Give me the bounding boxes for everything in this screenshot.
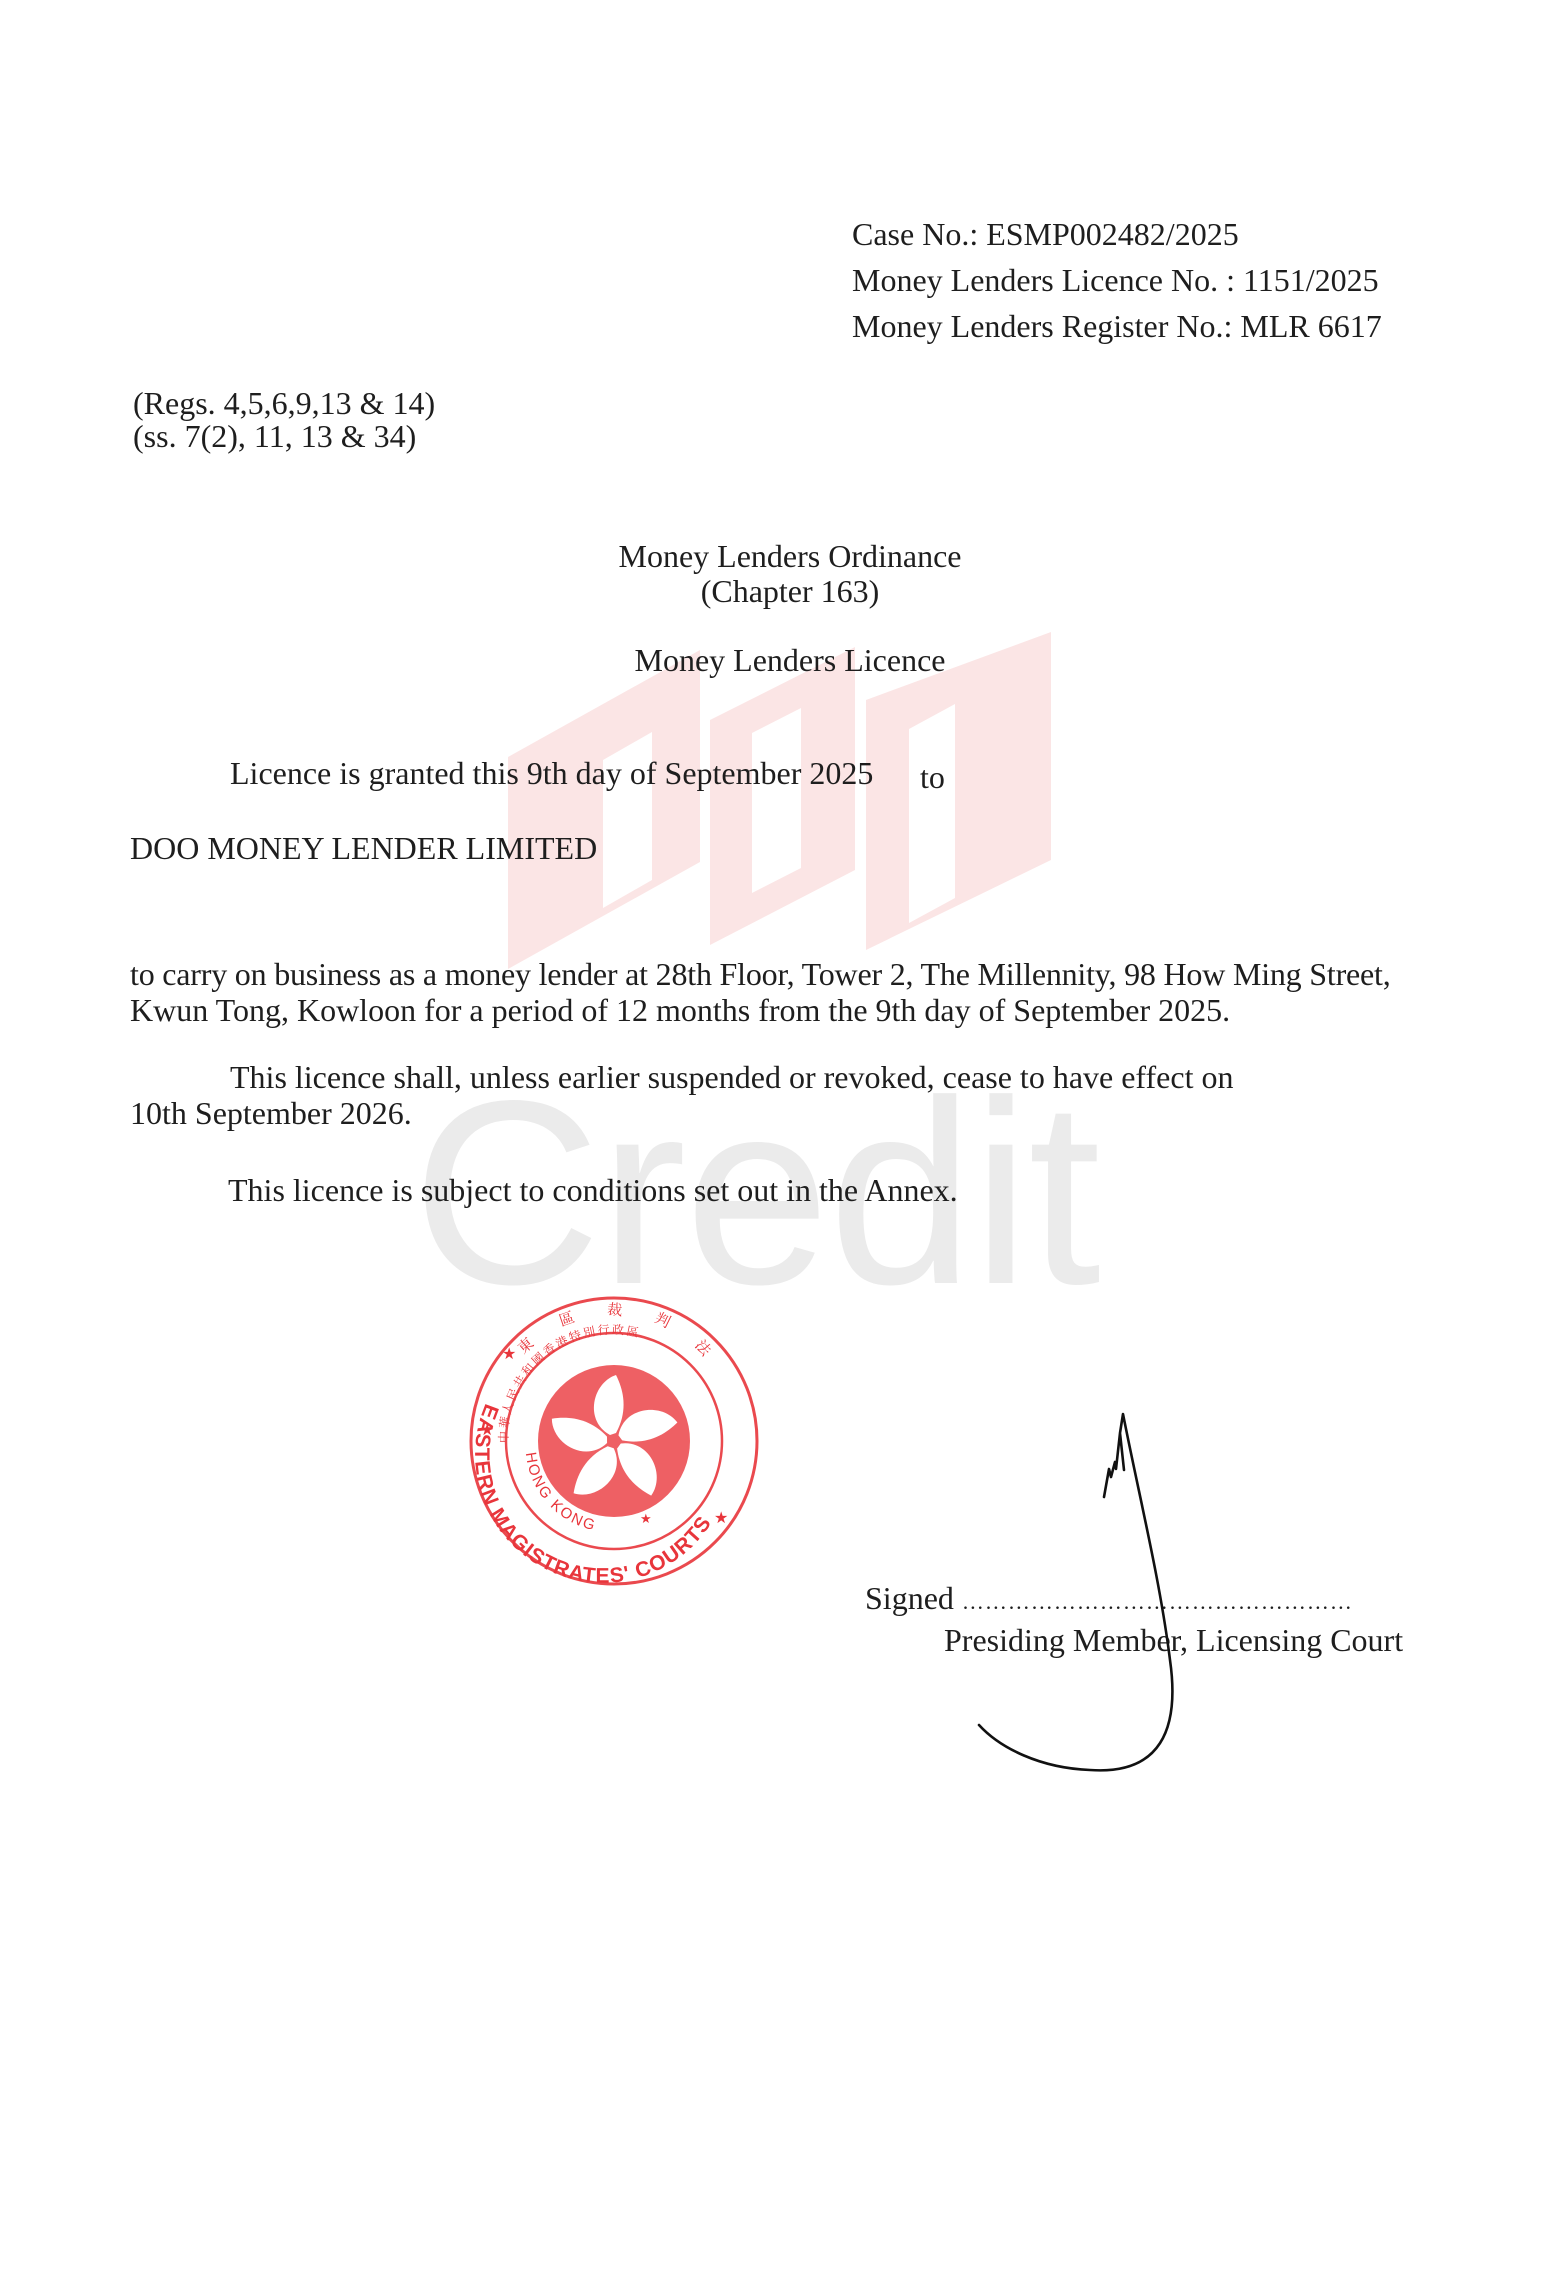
handwritten-signature xyxy=(0,0,1552,2290)
